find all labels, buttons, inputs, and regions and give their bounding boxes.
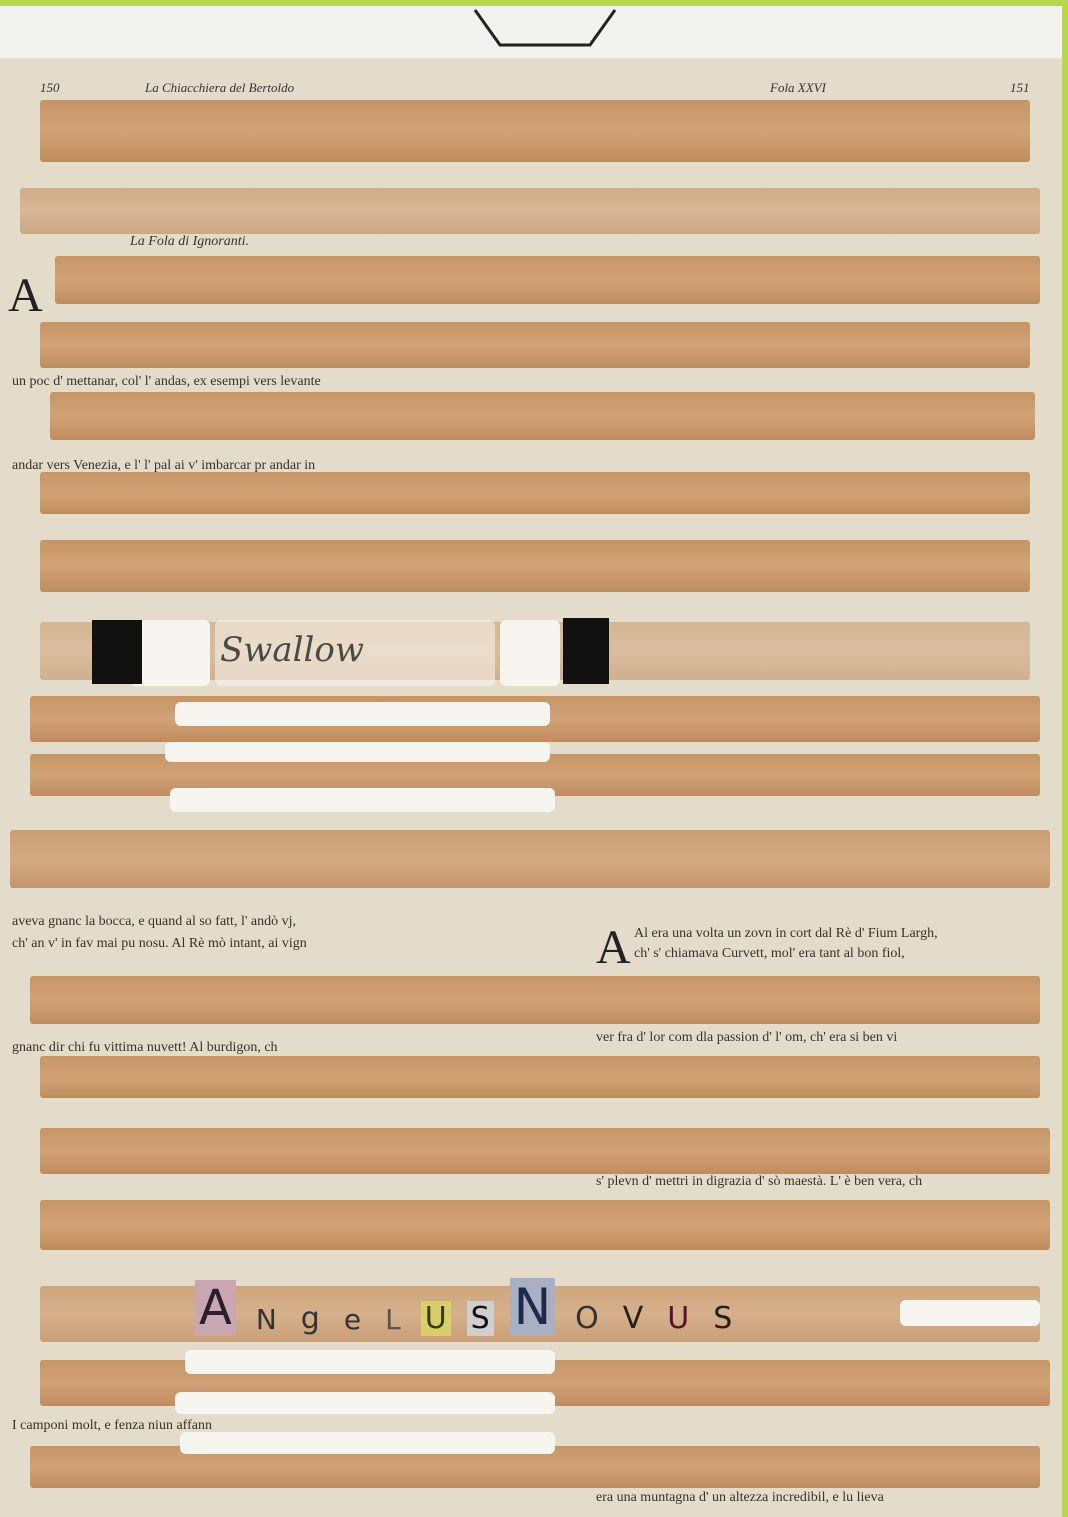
white-paint-stroke (185, 1350, 555, 1374)
text-line: era una muntagna d' un altezza incredibi… (596, 1490, 1066, 1506)
text-line: ch' an v' in fav mai pu nosu. Al Rè mò i… (12, 936, 482, 952)
paper-strip (50, 392, 1035, 440)
text-line: s' plevn d' mettri in digrazia d' sò mae… (596, 1174, 1066, 1190)
section-heading: La Fola di Ignoranti. (130, 234, 249, 250)
white-paint-stroke (175, 1392, 555, 1414)
title-letter: V (619, 1301, 648, 1336)
title-letter: U (663, 1301, 693, 1336)
black-paint-block (563, 618, 609, 684)
paper-strip (55, 256, 1040, 304)
paper-strip (20, 188, 1040, 234)
running-head-right: Fola XXVI (770, 80, 826, 96)
paper-strip (40, 1128, 1050, 1174)
black-paint-block (92, 620, 142, 684)
title-letter: e (340, 1303, 365, 1336)
white-paint-stroke (180, 1432, 555, 1454)
title-letter: g (297, 1301, 324, 1336)
text-line: ch' s' chiamava Curvett, mol' era tant a… (634, 946, 1064, 962)
drop-cap: A (596, 920, 631, 975)
title-letter: N (510, 1278, 555, 1336)
running-head-left: La Chiacchiera del Bertoldo (145, 80, 294, 96)
title-letter: S (467, 1301, 494, 1336)
title-letter: N (252, 1303, 281, 1336)
text-line: Al era una volta un zovn in cort dal Rè … (634, 926, 1064, 942)
paper-strip (40, 1056, 1040, 1098)
white-paint-block (500, 620, 560, 686)
paper-strip (40, 1200, 1050, 1250)
paper-strip (30, 976, 1040, 1024)
paper-strip (10, 830, 1050, 888)
white-paint-stroke (170, 788, 555, 812)
title-letter: A (195, 1280, 236, 1336)
drop-cap: A (8, 268, 43, 323)
title-letter: L (381, 1303, 405, 1336)
title-letter: S (709, 1301, 736, 1336)
handwritten-word: Swallow (220, 630, 364, 670)
text-line: ver fra d' lor com dla passion d' l' om,… (596, 1030, 1066, 1046)
hanging-wire-icon (470, 0, 620, 50)
paper-strip (40, 472, 1030, 514)
text-line: aveva gnanc la bocca, e quand al so fatt… (12, 914, 482, 930)
white-paint-stroke (165, 742, 550, 762)
white-paint-block (130, 620, 210, 686)
paper-strip (40, 540, 1030, 592)
title-letter: U (421, 1301, 451, 1336)
paper-strip (40, 100, 1030, 162)
title-letter: O (571, 1301, 603, 1336)
white-paint-stroke (900, 1300, 1040, 1326)
text-line: un poc d' mettanar, col' l' andas, ex es… (12, 374, 482, 390)
white-paint-stroke (175, 702, 550, 726)
page-number-left: 150 (40, 80, 60, 96)
text-line: gnanc dir chi fu vittima nuvett! Al burd… (12, 1040, 482, 1056)
frame-right-border (1062, 0, 1068, 1517)
paper-strip (40, 322, 1030, 368)
page-number-right: 151 (1010, 80, 1030, 96)
collage-title: A N g e L U S N O V U S (195, 1278, 736, 1336)
